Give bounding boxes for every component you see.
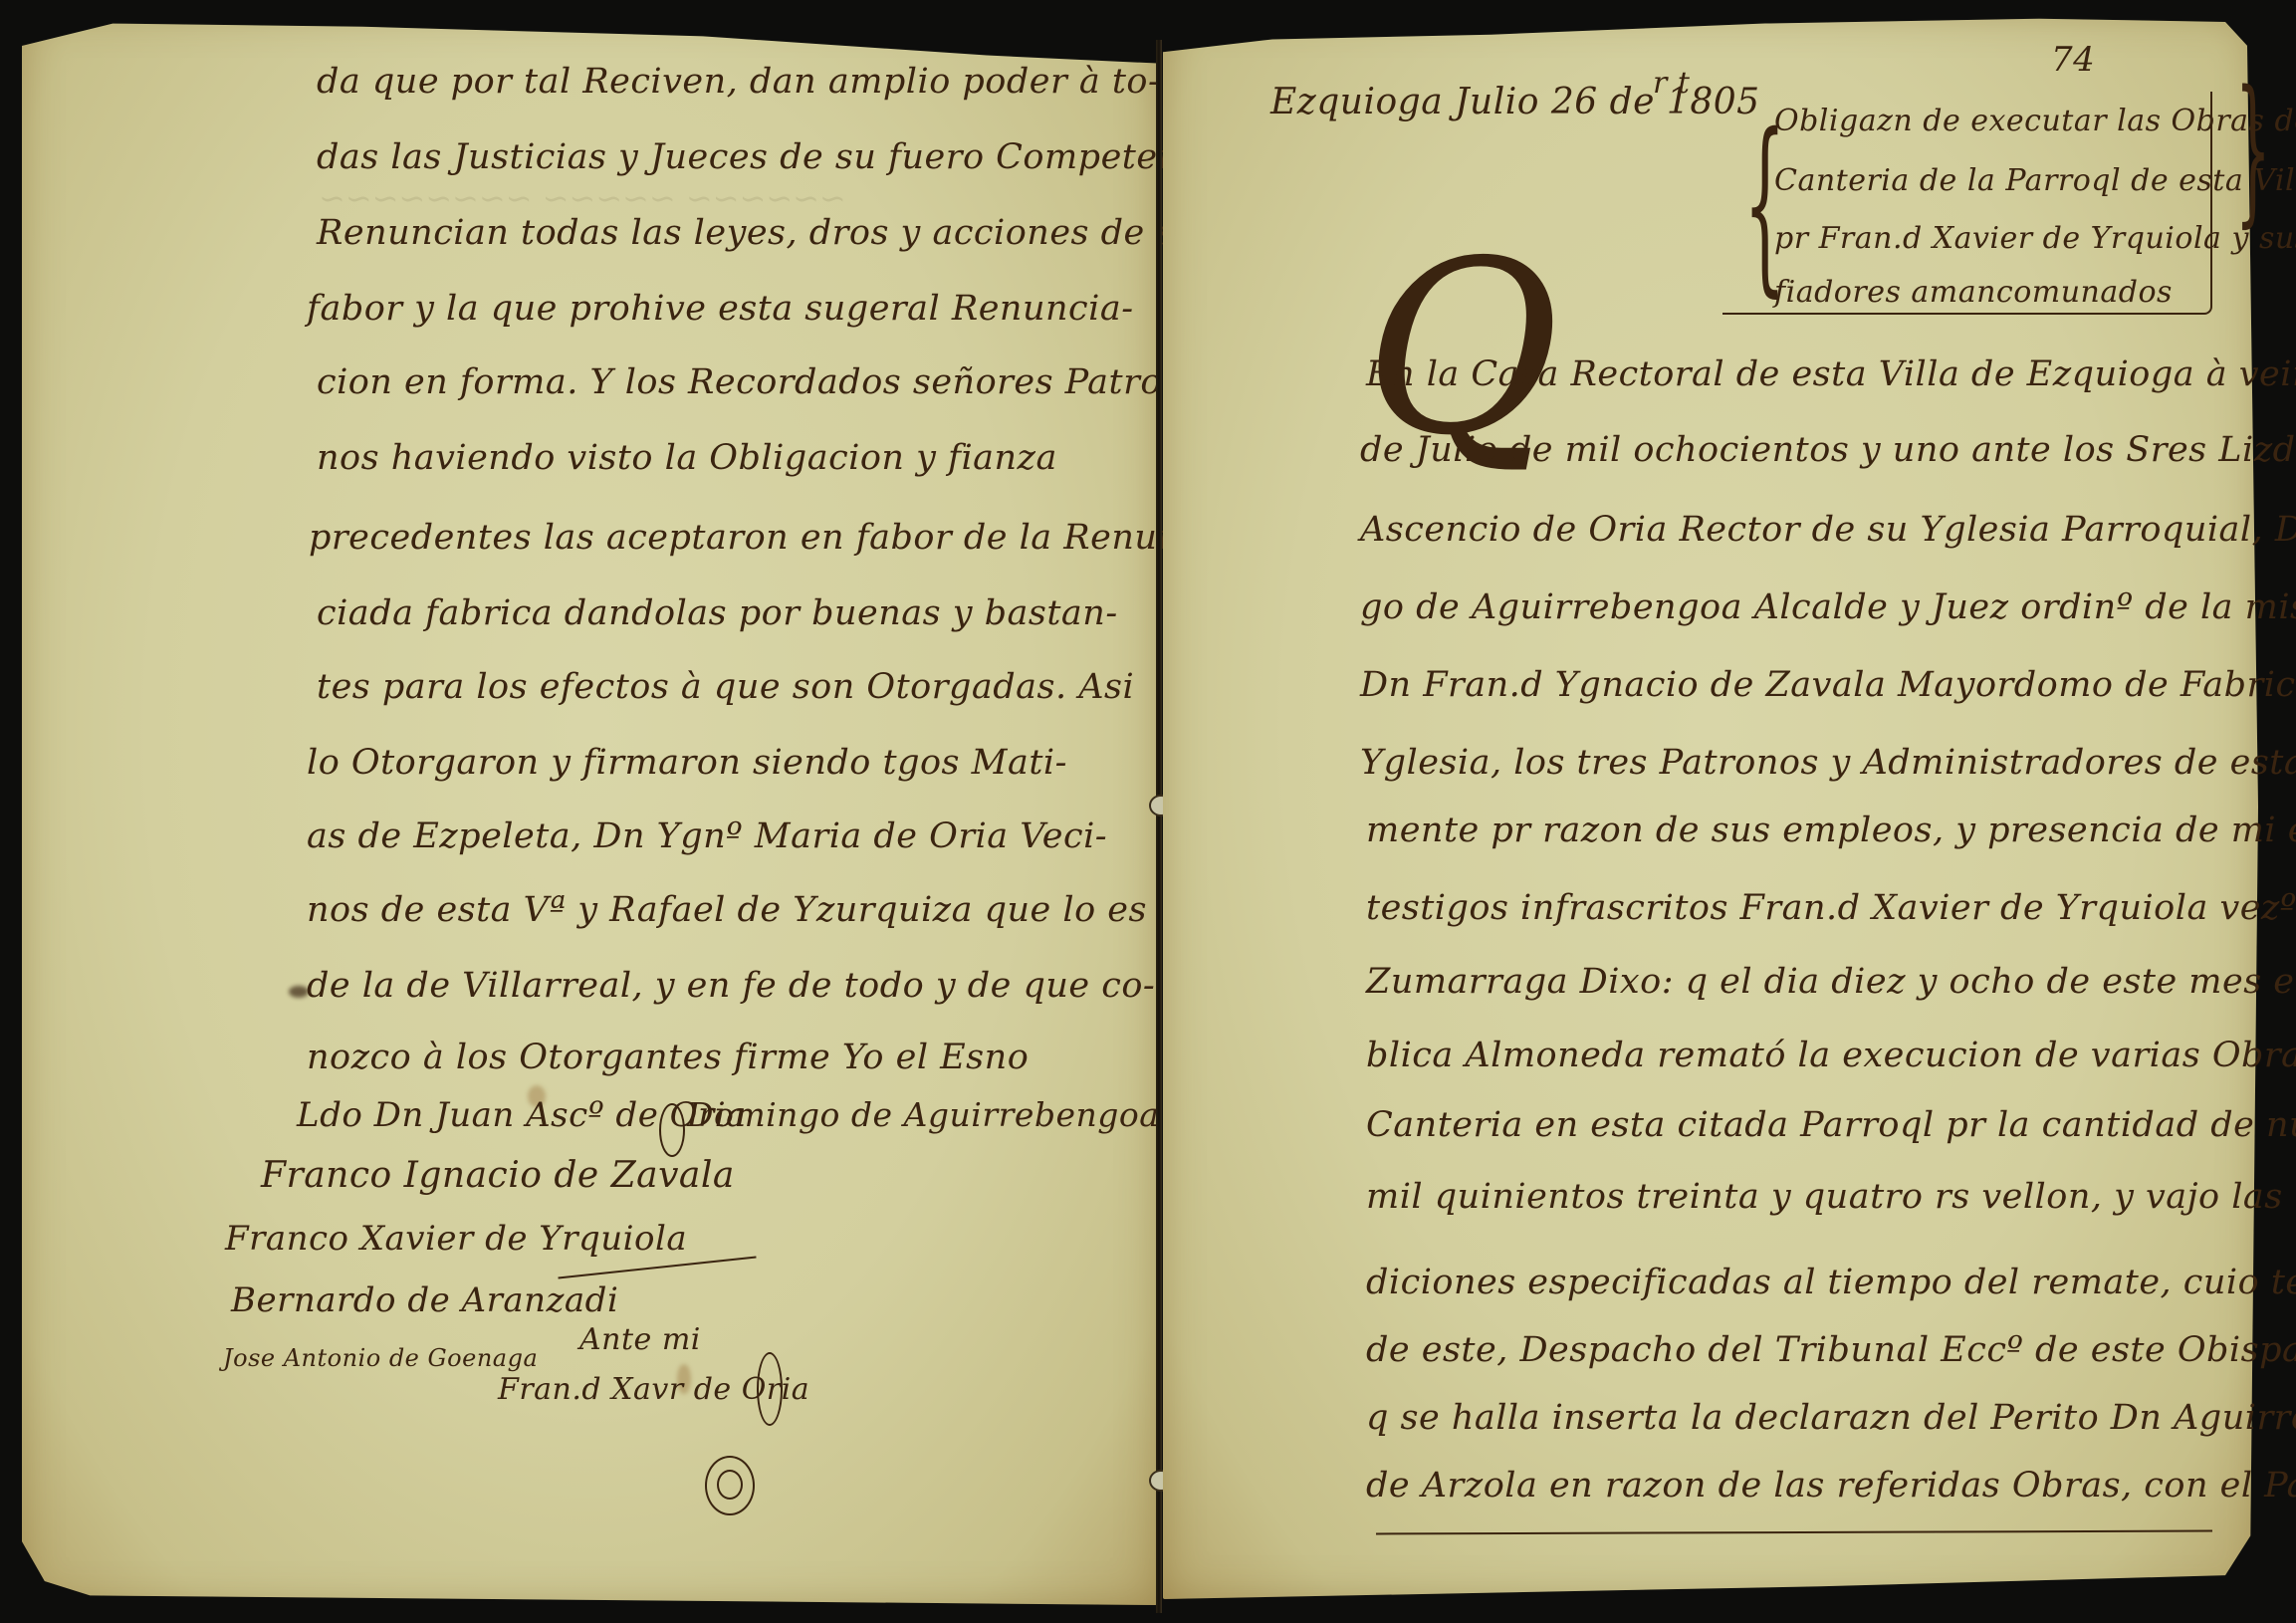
left-line-8: ciada fabrica dandolas por buenas y bast… (317, 593, 1118, 633)
signature-jose-antonio-de-goenaga: Jose Antonio de Goenaga (223, 1344, 538, 1372)
left-line-9: tes para los efectos à que son Otorgadas… (317, 667, 1134, 707)
marginal-note-line-4: fiadores amancomunados (1774, 275, 2173, 310)
right-line-6: Yglesia, los tres Patronos y Administrad… (1360, 743, 2296, 783)
left-line-14: nozco à los Otorgantes firme Yo el Esno (307, 1038, 1029, 1077)
signature-bernardo-de-aranzadi: Bernardo de Aranzadi (231, 1280, 618, 1320)
signature-rubric-flourish (659, 1103, 685, 1157)
signature-domingo-de-aguirrebengoa: Domingo de Aguirrebengoa (687, 1095, 1159, 1134)
left-line-3: Renuncian todas las leyes, dros y accion… (317, 213, 1198, 253)
left-line-13: de la de Villarreal, y en fe de todo y d… (307, 966, 1155, 1006)
right-line-7: mente pr razon de sus empleos, y presenc… (1366, 811, 2296, 850)
right-line-16: de Arzola en razon de las referidas Obra… (1366, 1466, 2296, 1506)
marginal-note-line-1: Obligazn de executar las Obras de (1774, 104, 2296, 138)
right-line-5: Dn Fran.d Ygnacio de Zavala Mayordomo de… (1360, 665, 2296, 705)
left-line-11: as de Ezpeleta, Dn Ygnº Maria de Oria Ve… (307, 816, 1107, 856)
right-line-3: Ascencio de Oria Rector de su Yglesia Pa… (1360, 510, 2296, 550)
right-line-14: de este, Despacho del Tribunal Eccº de e… (1366, 1330, 2296, 1370)
notary-rubric-inner (717, 1470, 743, 1500)
page-number: 74 (2051, 40, 2095, 80)
right-line-12: mil quinientos treinta y quatro rs vello… (1366, 1177, 2296, 1217)
signature-francisco-xavier-de-yrquiola: Franco Xavier de Yrquiola (225, 1219, 687, 1259)
left-line-10: lo Otorgaron y firmaron siendo tgos Mati… (307, 743, 1067, 783)
notary-rubric-flourish (757, 1352, 783, 1426)
left-line-6: nos haviendo visto la Obligacion y fianz… (317, 438, 1057, 478)
left-line-1: da que por tal Reciven, dan amplio poder… (317, 62, 1160, 102)
book-gutter (1156, 40, 1162, 1613)
marginal-note-line-3: pr Fran.d Xavier de Yrquiola y sus (1774, 221, 2296, 256)
ink-blot (289, 986, 309, 998)
right-line-10: blica Almoneda remató la execucion de va… (1366, 1036, 2296, 1075)
right-brace: } (2235, 70, 2271, 229)
right-line-8: testigos infrascritos Fran.d Xavier de Y… (1366, 888, 2296, 928)
left-line-4: fabor y la que prohive esta sugeral Renu… (307, 289, 1134, 329)
heading-mark: r t (1653, 66, 1690, 101)
left-line-2: das las Justicias y Jueces de su fuero C… (317, 137, 1235, 177)
right-line-1: En la Casa Rectoral de esta Villa de Ezq… (1366, 354, 2296, 394)
signature-francisco-ignacio-de-zavala: Franco Ignacio de Zavala (261, 1155, 735, 1196)
right-line-13: diciones especificadas al tiempo del rem… (1366, 1263, 2296, 1302)
right-line-2: de Julio de mil ochocientos y uno ante l… (1360, 430, 2296, 470)
left-line-5: cion en forma. Y los Recordados señores … (317, 362, 1174, 402)
marginal-note-line-2: Canteria de la Parroql de esta Villa (1774, 163, 2296, 198)
manuscript-spread: ~~~~~~ ~~~~~ ~~~~~~~~ ~~~~ ~~~~~~~ ~~~~ … (0, 0, 2296, 1623)
left-line-7: precedentes las aceptaron en fabor de la… (309, 518, 1193, 558)
ante-mi-label: Ante mi (579, 1322, 701, 1357)
bleed-through-text: ~~~~~~ ~~~~~ ~~~~~~~~ (319, 179, 846, 217)
right-line-15: q se halla inserta la declarazn del Peri… (1366, 1398, 2296, 1438)
right-line-11: Canteria en esta citada Parroql pr la ca… (1366, 1105, 2296, 1145)
left-line-12: nos de esta Vª y Rafael de Yzurquiza que… (307, 890, 1147, 930)
right-line-4: go de Aguirrebengoa Alcalde y Juez ordin… (1360, 587, 2296, 627)
right-line-9: Zumarraga Dixo: q el dia diez y ocho de … (1366, 962, 2296, 1002)
